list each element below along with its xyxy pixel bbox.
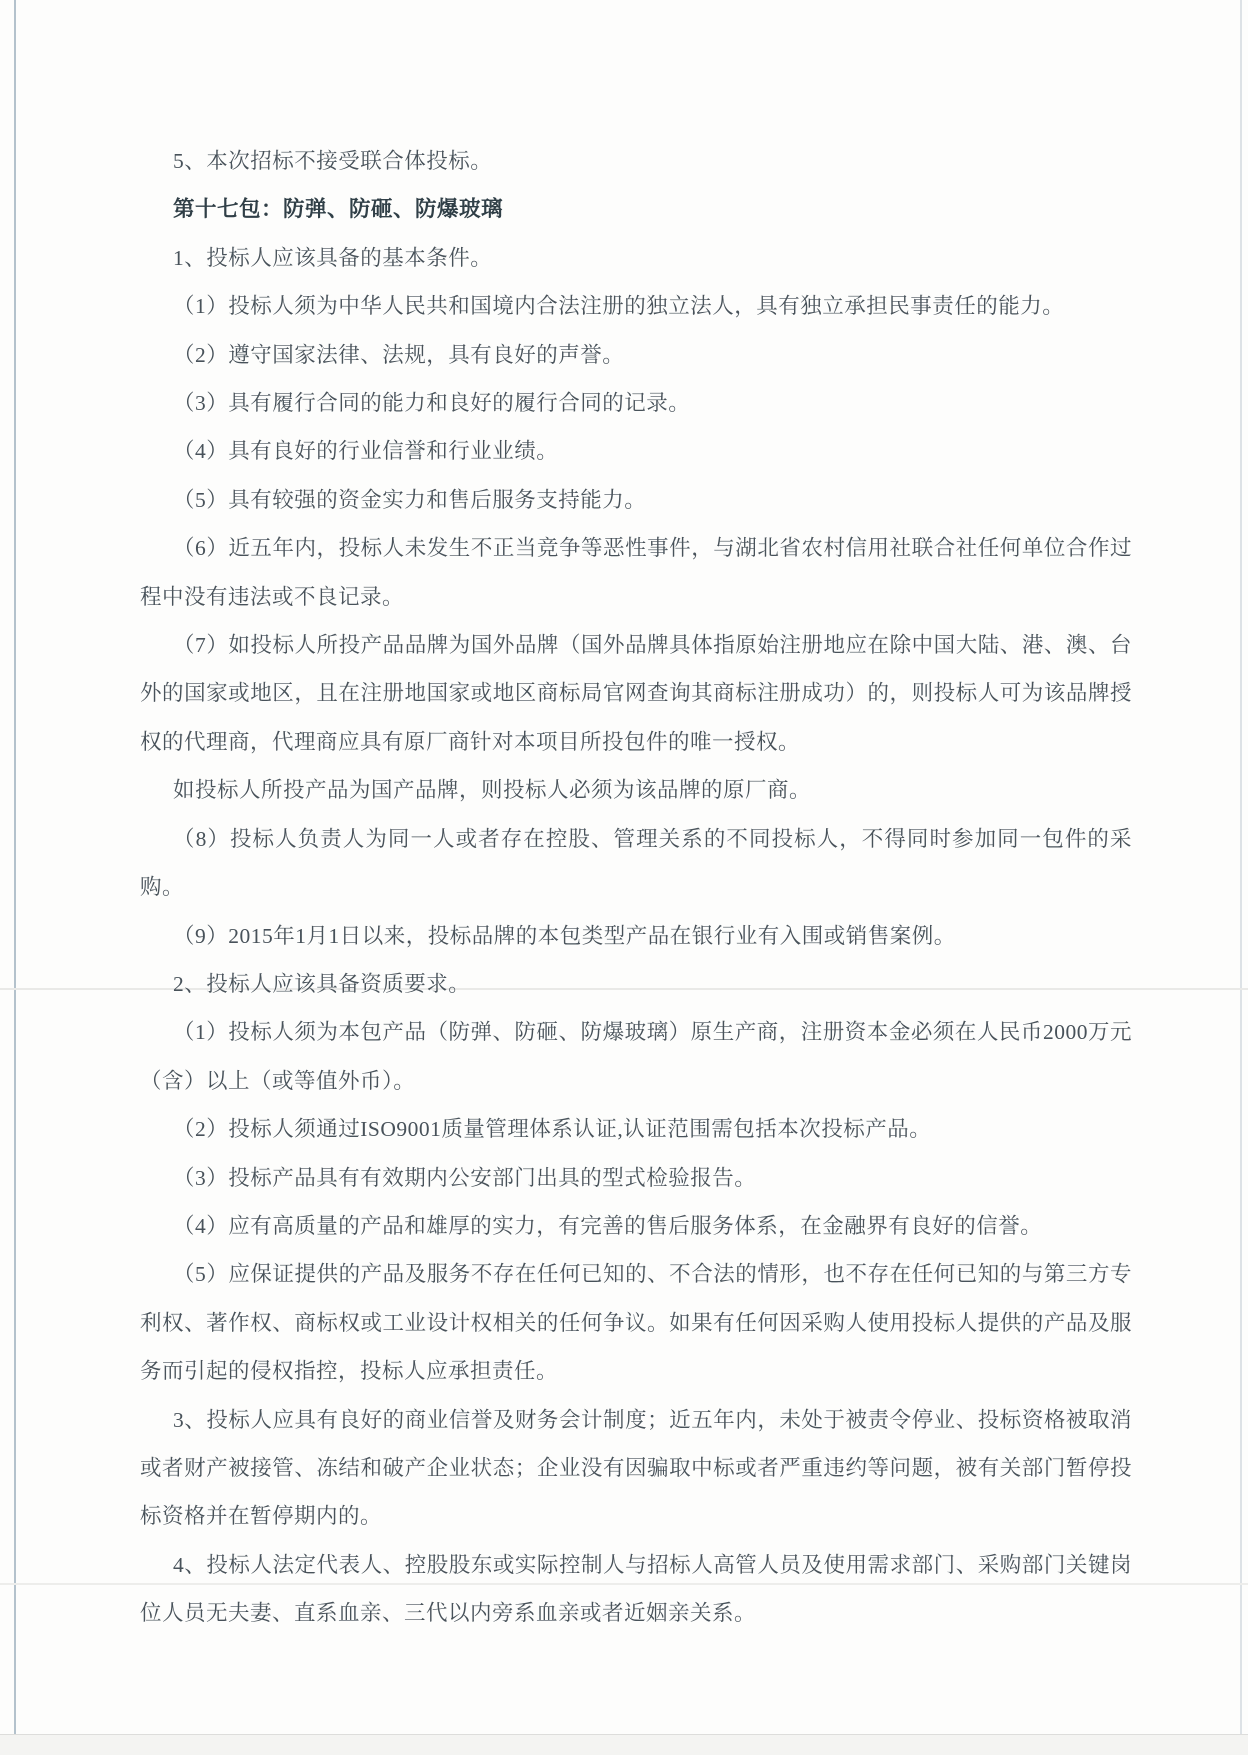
scanned-document-page: 5、本次招标不接受联合体投标。 第十七包：防弹、防砸、防爆玻璃 1、投标人应该具… bbox=[0, 0, 1248, 1755]
item-2-1: （1）投标人须为本包产品（防弹、防砸、防爆玻璃）原生产商，注册资本金必须在人民币… bbox=[140, 1008, 1132, 1105]
item-1-7: （7）如投标人所投产品品牌为国外品牌（国外品牌具体指原始注册地应在除中国大陆、港… bbox=[140, 621, 1132, 766]
item-2-5: （5）应保证提供的产品及服务不存在任何已知的、不合法的情形，也不存在任何已知的与… bbox=[140, 1250, 1132, 1395]
document-body: 5、本次招标不接受联合体投标。 第十七包：防弹、防砸、防爆玻璃 1、投标人应该具… bbox=[140, 137, 1132, 1638]
item-1-3: （3）具有履行合同的能力和良好的履行合同的记录。 bbox=[140, 379, 1132, 427]
clause-5-no-consortium: 5、本次招标不接受联合体投标。 bbox=[140, 137, 1132, 185]
section-2-title: 2、投标人应该具备资质要求。 bbox=[140, 960, 1132, 1008]
item-2-4: （4）应有高质量的产品和雄厚的实力，有完善的售后服务体系，在金融界有良好的信誉。 bbox=[140, 1202, 1132, 1250]
item-1-9: （9）2015年1月1日以来，投标品牌的本包类型产品在银行业有入围或销售案例。 bbox=[140, 912, 1132, 960]
item-1-6: （6）近五年内，投标人未发生不正当竞争等恶性事件，与湖北省农村信用社联合社任何单… bbox=[140, 524, 1132, 621]
section-1-title: 1、投标人应该具备的基本条件。 bbox=[140, 234, 1132, 282]
item-1-7-domestic-note: 如投标人所投产品为国产品牌，则投标人必须为该品牌的原厂商。 bbox=[140, 766, 1132, 814]
page-right-edge-line bbox=[1240, 0, 1242, 1734]
item-1-4: （4）具有良好的行业信誉和行业业绩。 bbox=[140, 427, 1132, 475]
section-4-clause: 4、投标人法定代表人、控股股东或实际控制人与招标人高管人员及使用需求部门、采购部… bbox=[140, 1541, 1132, 1638]
section-3-clause: 3、投标人应具有良好的商业信誉及财务会计制度；近五年内，未处于被责令停业、投标资… bbox=[140, 1396, 1132, 1541]
item-2-2: （2）投标人须通过ISO9001质量管理体系认证,认证范围需包括本次投标产品。 bbox=[140, 1105, 1132, 1153]
package-17-heading: 第十七包：防弹、防砸、防爆玻璃 bbox=[140, 185, 1132, 233]
item-2-3: （3）投标产品具有有效期内公安部门出具的型式检验报告。 bbox=[140, 1154, 1132, 1202]
item-1-1: （1）投标人须为中华人民共和国境内合法注册的独立法人，具有独立承担民事责任的能力… bbox=[140, 282, 1132, 330]
item-1-5: （5）具有较强的资金实力和售后服务支持能力。 bbox=[140, 476, 1132, 524]
page-left-edge-line bbox=[14, 0, 16, 1734]
item-1-8: （8）投标人负责人为同一人或者存在控股、管理关系的不同投标人，不得同时参加同一包… bbox=[140, 815, 1132, 912]
page-bottom-edge bbox=[0, 1734, 1248, 1755]
item-1-2: （2）遵守国家法律、法规，具有良好的声誉。 bbox=[140, 331, 1132, 379]
